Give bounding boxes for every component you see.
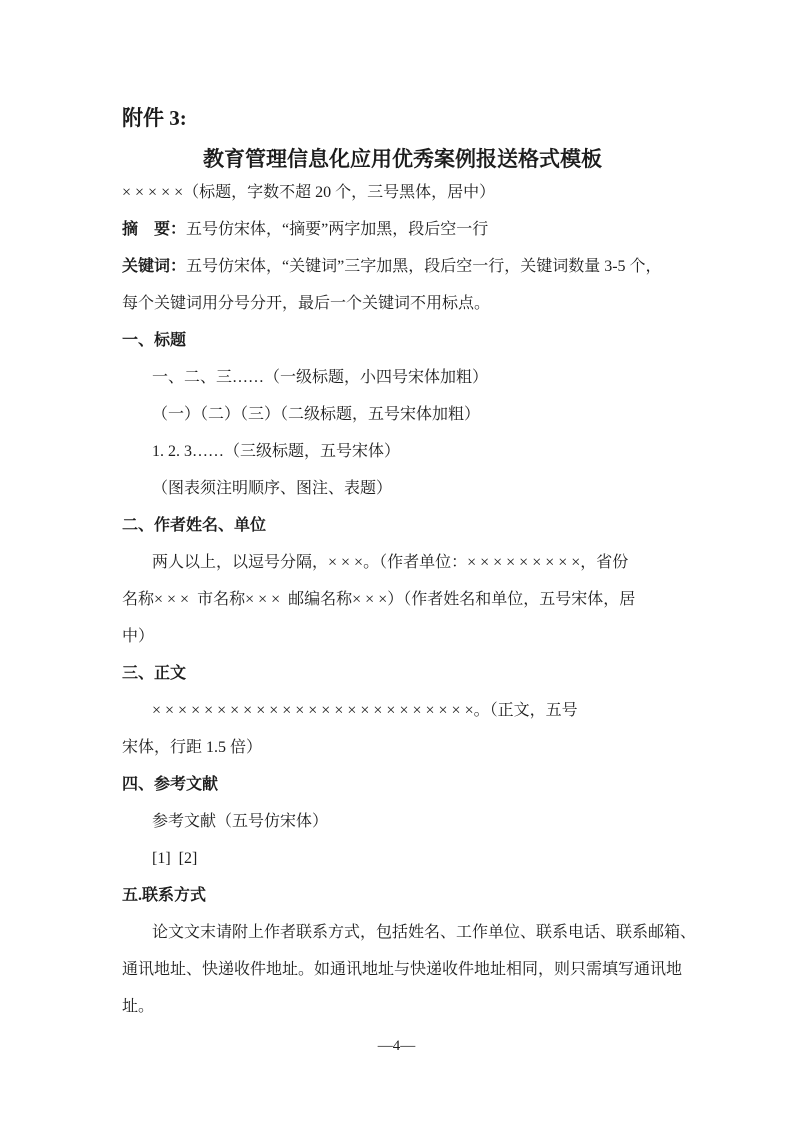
contact-spec-line-1: 论文文末请附上作者联系方式，包括姓名、工作单位、联系电话、联系邮箱、	[122, 914, 683, 951]
abstract-label: 摘 要：	[122, 221, 186, 238]
section-3-heading: 三、正文	[122, 655, 683, 692]
author-spec-line-1: 两人以上，以逗号分隔，× × ×。（作者单位：× × × × × × × × ×…	[122, 544, 683, 581]
section-4-heading: 四、参考文献	[122, 766, 683, 803]
references-example-line: [1] [2]	[122, 840, 683, 877]
body-text-spec-line-2: 宋体，行距 1.5 倍）	[122, 729, 683, 766]
section-1-heading: 一、标题	[122, 322, 683, 359]
level-3-heading-spec: 1. 2. 3……（三级标题，五号宋体）	[122, 433, 683, 470]
document-body: × × × × ×（标题，字数不超 20 个，三号黑体，居中） 摘 要：五号仿宋…	[122, 174, 683, 1025]
section-2-heading: 二、作者姓名、单位	[122, 507, 683, 544]
page-number: —4—	[0, 1036, 793, 1056]
contact-spec-line-3: 址。	[122, 988, 683, 1025]
abstract-spec-text: 五号仿宋体，“摘要”两字加黑，段后空一行	[186, 221, 488, 238]
contact-spec-line-2: 通讯地址、快递收件地址。如通讯地址与快递收件地址相同，则只需填写通讯地	[122, 951, 683, 988]
author-spec-line-3: 中）	[122, 618, 683, 655]
level-2-heading-spec: （一）（二）（三）（二级标题，五号宋体加粗）	[122, 396, 683, 433]
keywords-spec-line: 关键词：五号仿宋体，“关键词”三字加黑，段后空一行，关键词数量 3-5 个，	[122, 248, 683, 285]
references-spec-line: 参考文献（五号仿宋体）	[122, 803, 683, 840]
keywords-spec-text: 五号仿宋体，“关键词”三字加黑，段后空一行，关键词数量 3-5 个，	[186, 258, 662, 275]
document-page: 附件 3: 教育管理信息化应用优秀案例报送格式模板 × × × × ×（标题，字…	[0, 0, 793, 1122]
keywords-label: 关键词：	[122, 258, 186, 275]
title-placeholder-line: × × × × ×（标题，字数不超 20 个，三号黑体，居中）	[122, 174, 683, 211]
body-text-spec-line-1: × × × × × × × × × × × × × × × × × × × × …	[122, 692, 683, 729]
document-title: 教育管理信息化应用优秀案例报送格式模板	[122, 144, 683, 174]
author-spec-line-2: 名称× × × 市名称× × × 邮编名称× × ×）（作者姓名和单位，五号宋体…	[122, 581, 683, 618]
keywords-spec-continuation: 每个关键词用分号分开，最后一个关键词不用标点。	[122, 285, 683, 322]
abstract-spec-line: 摘 要：五号仿宋体，“摘要”两字加黑，段后空一行	[122, 211, 683, 248]
attachment-label: 附件 3:	[122, 104, 683, 132]
level-1-heading-spec: 一、二、三……（一级标题，小四号宋体加粗）	[122, 359, 683, 396]
figure-table-note: （图表须注明顺序、图注、表题）	[122, 470, 683, 507]
section-5-heading: 五.联系方式	[122, 877, 683, 914]
